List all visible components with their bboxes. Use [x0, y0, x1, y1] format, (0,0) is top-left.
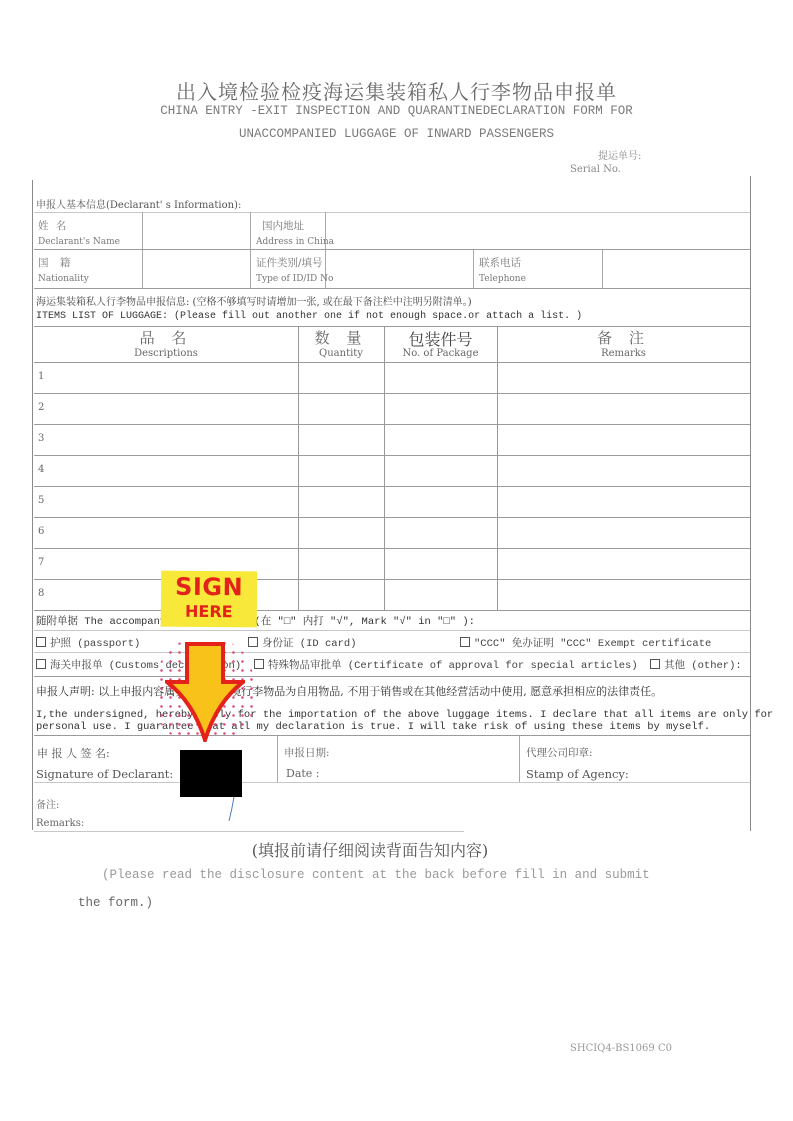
item-desc-cell[interactable]	[52, 366, 294, 389]
notice-cn: (填报前请仔细阅读背面告知内容)	[0, 838, 740, 861]
divider	[142, 212, 143, 289]
id-type-label-cn: 证件类别/填号	[256, 255, 323, 270]
checkbox-label: 其他 (other):	[664, 660, 742, 672]
pen-stroke-icon	[226, 797, 236, 821]
item-qty-cell[interactable]	[302, 521, 380, 544]
item-pkg-cell[interactable]	[388, 490, 493, 513]
frame-left-border	[32, 180, 33, 830]
row-number: 4	[38, 464, 44, 475]
serial-no-label-en: Serial No.	[570, 164, 621, 175]
item-remarks-cell[interactable]	[501, 428, 746, 451]
form-title-en-line2: UNACCOMPANIED LUGGAGE OF INWARD PASSENGE…	[0, 127, 793, 141]
divider	[250, 212, 251, 289]
item-qty-cell[interactable]	[302, 459, 380, 482]
name-label-en: Declarant's Name	[38, 237, 120, 247]
item-qty-cell[interactable]	[302, 583, 380, 606]
row-number: 7	[38, 557, 44, 568]
column-header-en: No. of Package	[384, 348, 497, 359]
checkbox-icon[interactable]	[460, 637, 470, 647]
item-pkg-cell[interactable]	[388, 521, 493, 544]
divider	[277, 736, 278, 782]
date-label-en: Date :	[286, 767, 320, 780]
checkbox-icon[interactable]	[650, 659, 660, 669]
items-section-label-en: ITEMS LIST OF LUGGAGE: (Please fill out …	[36, 311, 582, 322]
row-number: 3	[38, 433, 44, 444]
items-section-label-cn: 海运集装箱私人行李物品申报信息: (空格不够填写时请增加一张, 或在最下备注栏中…	[36, 293, 472, 308]
form-title-en-line1: CHINA ENTRY -EXIT INSPECTION AND QUARANT…	[0, 104, 793, 118]
item-qty-cell[interactable]	[302, 490, 380, 513]
sticker-here-text: HERE	[161, 602, 257, 622]
item-desc-cell[interactable]	[52, 428, 294, 451]
column-header-en: Remarks	[497, 348, 750, 359]
checkbox-ccc-exempt[interactable]: "CCC" 免办证明 "CCC" Exempt certificate	[460, 635, 711, 650]
telephone-label-cn: 联系电话	[479, 255, 521, 270]
checkbox-label: 特殊物品审批单 (Certificate of approval for spe…	[268, 660, 638, 672]
item-pkg-cell[interactable]	[388, 583, 493, 606]
divider	[34, 782, 750, 783]
statement-en-line2: personal use. I guarantee that all my de…	[36, 721, 710, 733]
item-remarks-cell[interactable]	[501, 366, 746, 389]
signature-label-cn: 申 报 人 签 名:	[37, 745, 110, 761]
form-code: SHCIQ4-BS1069 C0	[570, 1043, 672, 1054]
item-remarks-cell[interactable]	[501, 490, 746, 513]
checkbox-special-articles[interactable]: 特殊物品审批单 (Certificate of approval for spe…	[254, 657, 638, 672]
notice-en-line1: (Please read the disclosure content at t…	[102, 868, 650, 882]
divider	[34, 249, 750, 250]
sticker-sign-text: SIGN	[161, 573, 257, 602]
checkbox-label: 身份证 (ID card)	[262, 638, 357, 650]
declarant-name-field[interactable]	[146, 218, 246, 244]
sign-here-sticker: SIGN HERE	[161, 571, 257, 628]
checkbox-id-card[interactable]: 身份证 (ID card)	[248, 635, 357, 650]
checkbox-icon[interactable]	[248, 637, 258, 647]
item-pkg-cell[interactable]	[388, 397, 493, 420]
item-pkg-cell[interactable]	[388, 552, 493, 575]
divider	[34, 288, 750, 289]
name-label-cn: 姓 名	[38, 218, 68, 233]
signature-field-redacted[interactable]	[180, 750, 242, 797]
item-desc-cell[interactable]	[52, 459, 294, 482]
item-qty-cell[interactable]	[302, 428, 380, 451]
item-desc-cell[interactable]	[52, 397, 294, 420]
item-qty-cell[interactable]	[302, 552, 380, 575]
checkbox-other[interactable]: 其他 (other):	[650, 657, 742, 672]
column-header-cn: 数 量	[298, 327, 384, 348]
item-pkg-cell[interactable]	[388, 428, 493, 451]
divider	[34, 676, 750, 677]
row-number: 5	[38, 495, 44, 506]
nationality-label-en: Nationality	[38, 274, 89, 284]
column-header-en: Descriptions	[34, 348, 298, 359]
address-label-en: Address in China	[256, 237, 334, 247]
statement-cn: 申报人声明: 以上申报内容属实。上述入境行李物品为自用物品, 不用于销售或在其他…	[36, 683, 662, 699]
item-qty-cell[interactable]	[302, 397, 380, 420]
row-number: 8	[38, 588, 44, 599]
column-header-cn: 品 名	[34, 327, 298, 348]
id-type-label-en: Type of ID/ID No	[256, 274, 333, 284]
statement-en-line1: I,the undersigned, hereby apply for the …	[36, 709, 773, 721]
signature-label-en: Signature of Declarant:	[36, 767, 173, 781]
telephone-field[interactable]	[606, 254, 746, 280]
declarant-section-label: 申报人基本信息(Declarant' s Information):	[36, 196, 241, 211]
item-pkg-cell[interactable]	[388, 459, 493, 482]
checkbox-icon[interactable]	[36, 637, 46, 647]
form-title-cn: 出入境检验检疫海运集装箱私人行李物品申报单	[0, 76, 793, 105]
divider	[519, 736, 520, 782]
divider	[34, 831, 464, 832]
item-remarks-cell[interactable]	[501, 521, 746, 544]
stamp-label-cn: 代理公司印章:	[526, 745, 593, 760]
column-header-cn: 备 注	[497, 327, 750, 348]
item-desc-cell[interactable]	[52, 521, 294, 544]
item-remarks-cell[interactable]	[501, 583, 746, 606]
item-remarks-cell[interactable]	[501, 552, 746, 575]
divider	[602, 250, 603, 288]
item-remarks-cell[interactable]	[501, 397, 746, 420]
nationality-label-cn: 国 籍	[38, 255, 74, 270]
remarks-label-en: Remarks:	[36, 818, 84, 829]
checkbox-label: "CCC" 免办证明 "CCC" Exempt certificate	[474, 638, 711, 650]
frame-right-border	[750, 176, 751, 831]
item-pkg-cell[interactable]	[388, 366, 493, 389]
address-in-china-field[interactable]	[330, 218, 740, 244]
notice-en-line2: the form.)	[78, 896, 153, 910]
row-number: 6	[38, 526, 44, 537]
checkbox-label: 护照 (passport)	[50, 638, 140, 650]
checkbox-passport[interactable]: 护照 (passport)	[36, 635, 140, 650]
item-qty-cell[interactable]	[302, 366, 380, 389]
stamp-label-en: Stamp of Agency:	[526, 767, 629, 781]
divider	[34, 630, 750, 631]
divider	[473, 250, 474, 288]
address-label-cn: 国内地址	[262, 218, 304, 233]
row-number: 1	[38, 371, 44, 382]
divider	[34, 735, 750, 736]
divider	[34, 610, 750, 611]
checkbox-icon[interactable]	[254, 659, 264, 669]
date-label-cn: 申报日期:	[284, 745, 330, 760]
id-number-field[interactable]	[330, 254, 470, 280]
arrow-down-icon	[165, 642, 245, 742]
remarks-label-cn: 备注:	[36, 796, 59, 811]
telephone-label-en: Telephone	[479, 274, 526, 284]
item-remarks-cell[interactable]	[501, 459, 746, 482]
column-header-cn: 包装件号	[384, 327, 497, 350]
row-number: 2	[38, 402, 44, 413]
checkbox-icon[interactable]	[36, 659, 46, 669]
column-header-en: Quantity	[298, 348, 384, 359]
nationality-field[interactable]	[146, 254, 246, 280]
serial-no-label-cn: 提运单号:	[598, 147, 641, 162]
divider	[34, 652, 750, 653]
item-desc-cell[interactable]	[52, 490, 294, 513]
